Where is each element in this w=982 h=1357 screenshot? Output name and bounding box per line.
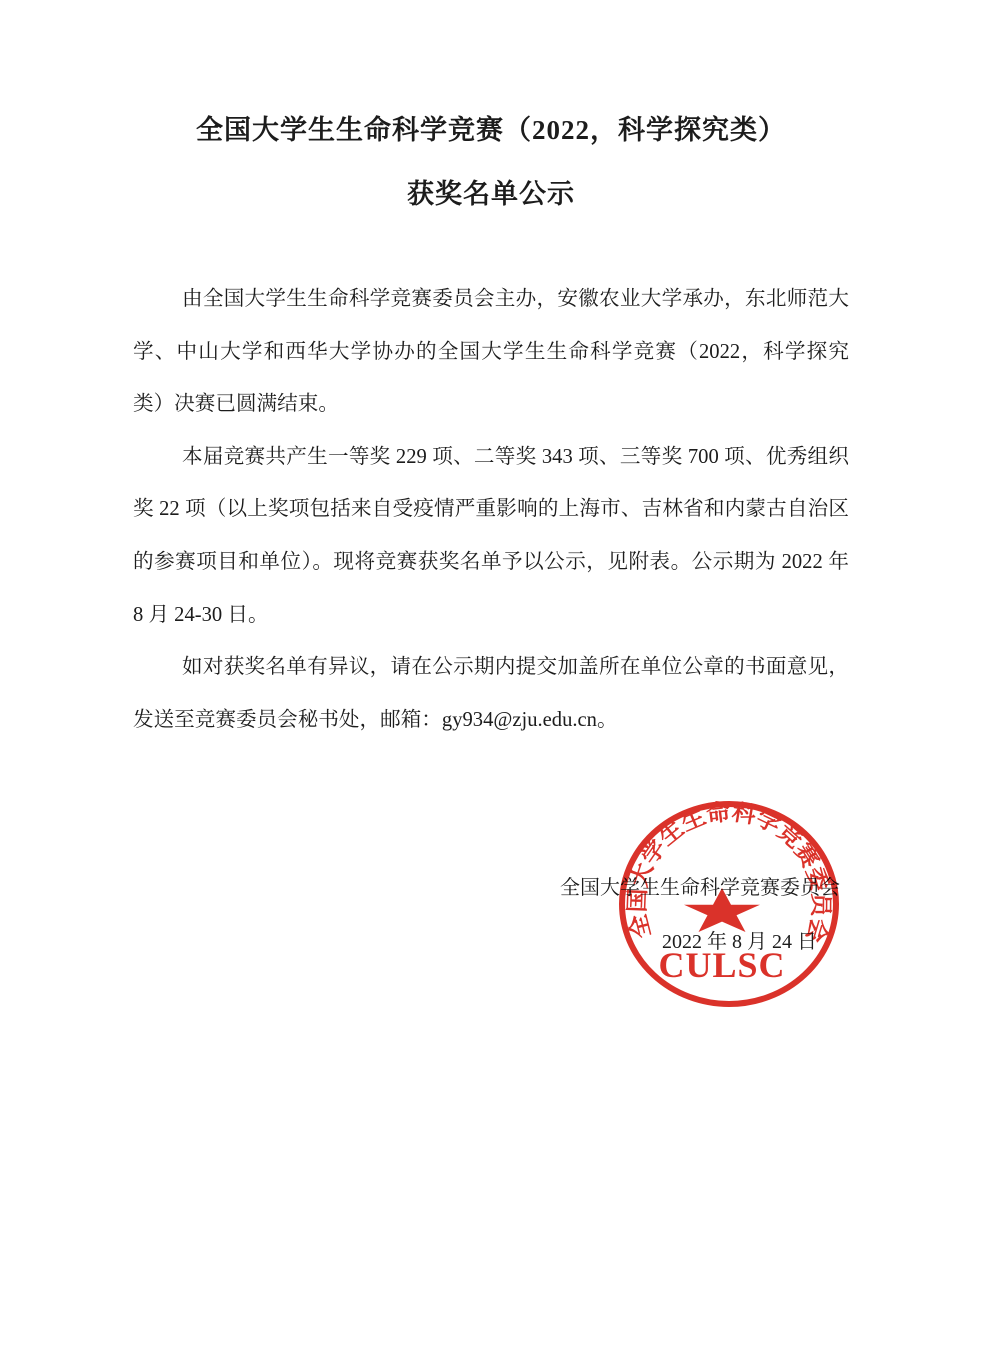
paragraph-line: 学、中山大学和西华大学协办的全国大学生生命科学竞赛（2022，科学探究 <box>133 326 849 379</box>
paragraph-line: 的参赛项目和单位）。现将竞赛获奖名单予以公示，见附表。公示期为 2022 年 <box>133 536 849 589</box>
document-title-line1: 全国大学生生命科学竞赛（2022，科学探究类） <box>0 110 982 150</box>
paragraph-line: 发送至竞赛委员会秘书处，邮箱：gy934@zju.edu.cn。 <box>133 694 849 747</box>
paragraph-line: 类）决赛已圆满结束。 <box>133 378 849 431</box>
seal-abbreviation: CULSC <box>658 945 785 985</box>
star-icon <box>684 888 760 932</box>
document-page: 全国大学生生命科学竞赛（2022，科学探究类） 获奖名单公示 由全国大学生生命科… <box>0 0 982 1357</box>
document-title-line2: 获奖名单公示 <box>0 174 982 214</box>
paragraph-line: 本届竞赛共产生一等奖 229 项、二等奖 343 项、三等奖 700 项、优秀组… <box>133 431 849 484</box>
paragraph-line: 如对获奖名单有异议，请在公示期内提交加盖所在单位公章的书面意见， <box>133 641 849 694</box>
paragraph-line: 奖 22 项（以上奖项包括来自受疫情严重影响的上海市、吉林省和内蒙古自治区 <box>133 483 849 536</box>
paragraph-line: 由全国大学生生命科学竞赛委员会主办，安徽农业大学承办，东北师范大 <box>133 273 849 326</box>
official-seal: 全国大学生生命科学竞赛委员会 CULSC <box>618 800 840 1008</box>
paragraph-line: 8 月 24-30 日。 <box>133 589 849 642</box>
document-body: 由全国大学生生命科学竞赛委员会主办，安徽农业大学承办，东北师范大 学、中山大学和… <box>133 273 849 746</box>
